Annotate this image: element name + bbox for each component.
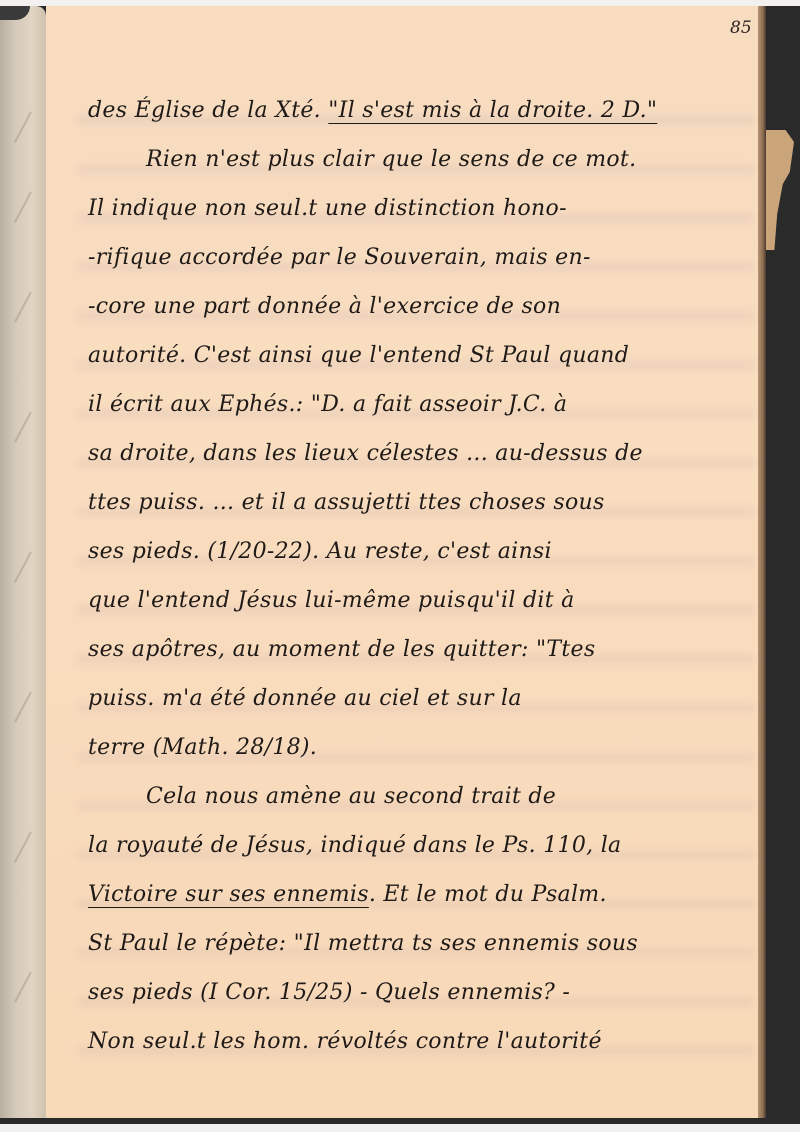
book-cover-corner — [0, 6, 30, 20]
underlined-phrase: Victoire sur ses ennemis — [88, 882, 369, 907]
previous-page-edge — [0, 6, 46, 1118]
ghost-handwriting — [14, 972, 32, 1003]
text-line: ses pieds (I Cor. 15/25) - Quels ennemis… — [88, 968, 764, 1017]
text-line: Rien n'est plus clair que le sens de ce … — [88, 135, 764, 184]
text-line: que l'entend Jésus lui-même puisqu'il di… — [88, 576, 764, 625]
page-number: 85 — [730, 18, 752, 38]
text-line: la royauté de Jésus, indiqué dans le Ps.… — [88, 821, 764, 870]
handwritten-text-block: des Église de la Xté. "Il s'est mis à la… — [88, 86, 764, 1066]
text-line: ses pieds. (1/20-22). Au reste, c'est ai… — [88, 527, 764, 576]
text-line: -rifique accordée par le Souverain, mais… — [88, 233, 764, 282]
ghost-handwriting — [14, 552, 32, 583]
text-line: Non seul.t les hom. révoltés contre l'au… — [88, 1017, 764, 1066]
text-line: St Paul le répète: "Il mettra ts ses enn… — [88, 919, 764, 968]
text-line: Cela nous amène au second trait de — [88, 772, 764, 821]
ghost-handwriting — [14, 112, 32, 143]
ghost-handwriting — [14, 412, 32, 443]
text-line: ses apôtres, au moment de les quitter: "… — [88, 625, 764, 674]
text-line: -core une part donnée à l'exercice de so… — [88, 282, 764, 331]
text-line: des Église de la Xté. "Il s'est mis à la… — [88, 86, 764, 135]
text-line: autorité. C'est ainsi que l'entend St Pa… — [88, 331, 764, 380]
ghost-handwriting — [14, 292, 32, 323]
ghost-handwriting — [14, 692, 32, 723]
text-line: Il indique non seul.t une distinction ho… — [88, 184, 764, 233]
text-line: terre (Math. 28/18). — [88, 723, 764, 772]
text-line: ttes puiss. ... et il a assujetti ttes c… — [88, 478, 764, 527]
text-line: il écrit aux Ephés.: "D. a fait asseoir … — [88, 380, 764, 429]
ghost-handwriting — [14, 192, 32, 223]
text-line: sa droite, dans les lieux célestes ... a… — [88, 429, 764, 478]
ghost-handwriting — [14, 832, 32, 863]
text-line: puiss. m'a été donnée au ciel et sur la — [88, 674, 764, 723]
underlined-quote: "Il s'est mis à la droite. 2 D." — [328, 98, 657, 123]
text-line: Victoire sur ses ennemis. Et le mot du P… — [88, 870, 764, 919]
